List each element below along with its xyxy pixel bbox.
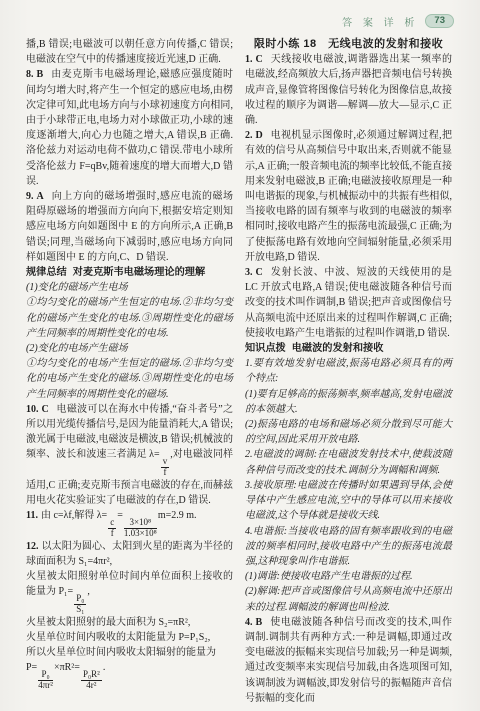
answer-book-page: 答 案 详 析 73 播,B 错误;电磁波可以朝任意方向传播,C 错误;电磁波在…: [0, 0, 480, 711]
practice-heading: 限时小练 18 无线电波的发射和接收: [245, 37, 452, 52]
section-heading: 知识点拨电磁波的发射和接收: [245, 341, 452, 356]
answer-letter: C: [42, 404, 50, 415]
note-paragraph: (1)变化的磁场产生电场: [26, 280, 233, 295]
fraction: 3×10⁸1.03×10⁸: [124, 518, 157, 539]
item-number: 11.: [26, 510, 38, 521]
continuation-paragraph: 播,B 错误;电磁波可以朝任意方向传播,C 错误;电磁波在空气中的传播速度接近光…: [26, 37, 233, 67]
section-label: 知识点拨: [245, 343, 286, 354]
answer-item: 10.C电磁波可以在海水中传播,“奋斗者号”之所以用光缆传播信号,是因为能量消耗…: [26, 402, 233, 508]
left-column: 播,B 错误;电磁波可以朝任意方向传播,C 错误;电磁波在空气中的传播速度接近光…: [26, 37, 233, 706]
fraction: P₀R²4r²: [81, 670, 102, 691]
item-number: 10.: [26, 404, 39, 415]
note-paragraph: (1)调谐:使接收电路产生电谐振的过程.: [245, 569, 452, 584]
item-number: 12.: [26, 541, 39, 552]
section-title: 电磁波的发射和接收: [292, 343, 384, 354]
section-title: 对麦克斯韦电磁场理论的理解: [73, 267, 205, 278]
answer-item: 4.B使电磁波随各种信号而改变的技术,叫作调制.调制共有两种方式:一种是调幅,即…: [245, 615, 452, 706]
continuation-paragraph: 火星被太阳照射的最大面积为 S₂=πR²,: [26, 615, 233, 630]
page-header-title: 答 案 详 析: [342, 14, 418, 29]
fraction: P₀S₁: [74, 594, 86, 615]
answer-item: 8.B由麦克斯韦电磁场理论,磁感应强度随时间均匀增大时,将产生一个恒定的感应电场…: [26, 67, 233, 189]
note-paragraph: 1.要有效地发射电磁波,振荡电路必须具有的两个特点:: [245, 356, 452, 386]
item-number: 8.: [26, 69, 34, 80]
answer-letter: B: [256, 617, 263, 628]
item-number: 1.: [245, 54, 253, 65]
note-paragraph: (2)振荡电路的电场和磁场必须分散到尽可能大的空间,因此采用开放电路.: [245, 417, 452, 447]
item-number: 4.: [245, 617, 253, 628]
continuation-paragraph: P=P₀4πr²×πR²=P₀R²4r².: [26, 660, 233, 690]
answer-item: 11.由 c=λf,解得 λ=cf=3×10⁸1.03×10⁸m=2.9 m.: [26, 508, 233, 538]
note-paragraph: 3.接收原理:电磁波在传播时如果遇到导体,会使导体中产生感应电流,空中的导体可以…: [245, 478, 452, 524]
note-paragraph: 4.电谐振:当接收电路的固有频率跟收到的电磁波的频率相同时,接收电路中产生的振荡…: [245, 524, 452, 570]
fraction: cf: [108, 518, 116, 539]
continuation-paragraph: 火星单位时间内吸收的太阳能量为 P=P₁S₂,: [26, 630, 233, 645]
answer-item: 2.D电视机显示图像时,必须通过解调过程,把有效的信号从高频信号中取出来,否则就…: [245, 128, 452, 265]
two-column-layout: 播,B 错误;电磁波可以朝任意方向传播,C 错误;电磁波在空气中的传播速度接近光…: [26, 37, 460, 706]
item-number: 9.: [26, 191, 34, 202]
right-column: 限时小练 18 无线电波的发射和接收1.C天线接收电磁波,调谐器选出某一频率的电…: [245, 37, 452, 706]
note-paragraph: (2)解调:把声音或图像信号从高频电流中还原出来的过程.调幅波的解调也叫检波.: [245, 584, 452, 614]
note-paragraph: (2)变化的电场产生磁场: [26, 341, 233, 356]
continuation-paragraph: 火星被太阳照射单位时间内单位面积上接收的能量为 P₁=P₀S₁,: [26, 569, 233, 615]
answer-letter: C: [256, 54, 264, 65]
answer-letter: C: [256, 267, 264, 278]
answer-letter: D: [256, 130, 264, 141]
page-header: 答 案 详 析 73: [26, 12, 454, 30]
section-label: 规律总结: [26, 267, 67, 278]
item-number: 3.: [245, 267, 253, 278]
section-heading: 规律总结对麦克斯韦电磁场理论的理解: [26, 265, 233, 280]
continuation-paragraph: 所以火星单位时间内吸收太阳辐射的能量为: [26, 645, 233, 660]
item-number: 2.: [245, 130, 253, 141]
answer-item: 3.C发射长波、中波、短波的天线使用的是 LC 开放式电路,A 错误;使电磁波随…: [245, 265, 452, 341]
note-paragraph: (1)要有足够高的振荡频率,频率越高,发射电磁波的本领越大.: [245, 387, 452, 417]
page-number-badge: 73: [425, 14, 454, 28]
answer-letter: A: [37, 191, 45, 202]
note-paragraph: ①均匀变化的磁场产生恒定的电场.②非均匀变化的磁场产生变化的电场.③周期性变化的…: [26, 295, 233, 341]
answer-item: 1.C天线接收电磁波,调谐器选出某一频率的电磁波,经高频放大后,扬声器把音频电信…: [245, 52, 452, 128]
note-paragraph: 2.电磁波的调制:在电磁波发射技术中,使载波随各种信号而改变的技术.调制分为调幅…: [245, 447, 452, 477]
answer-item: 12.以太阳为圆心、太阳到火星的距离为半径的球面面积为 S₁=4πr²,: [26, 539, 233, 569]
answer-letter: B: [37, 69, 44, 80]
fraction: P₀4πr²: [38, 670, 53, 691]
answer-item: 9.A向上方向的磁场增强时,感应电流的磁场阻碍原磁场的增强而方向向下,根据安培定…: [26, 189, 233, 265]
note-paragraph: ①均匀变化的电场产生恒定的磁场.②非均匀变化的电场产生变化的磁场.③周期性变化的…: [26, 356, 233, 402]
fraction: vf: [161, 457, 170, 478]
